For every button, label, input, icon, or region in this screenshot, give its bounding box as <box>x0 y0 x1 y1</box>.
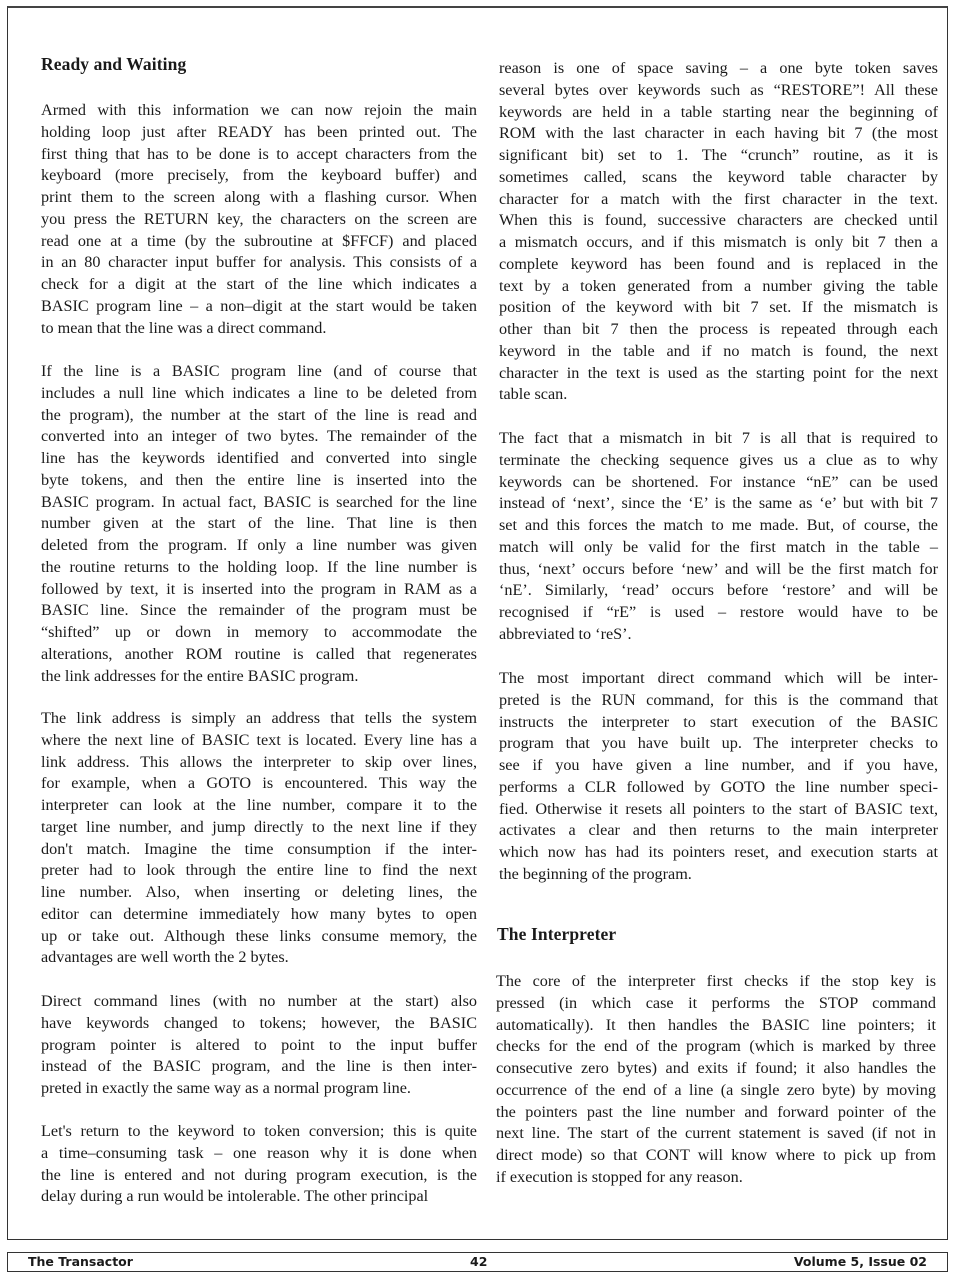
text-line: don't match. Imagine the time consumptio… <box>41 839 477 861</box>
text-line: character in the text is used as the sta… <box>499 363 938 385</box>
text-line: converted into an integer of two bytes. … <box>41 426 477 448</box>
text-line: includes a null line which indicates a l… <box>41 383 477 405</box>
text-line: followed by text, it is inserted into th… <box>41 579 477 601</box>
text-line: preted in exactly the same way as a norm… <box>41 1078 477 1100</box>
text-line: checks for the end of the program (which… <box>496 1036 936 1058</box>
text-line: first thing that has to be done is to ac… <box>41 144 477 166</box>
text-line: the link addresses for the entire BASIC … <box>41 666 477 688</box>
text-line: keywords are held in a table starting ne… <box>499 102 938 124</box>
text-line: next line. The start of the current stat… <box>496 1123 936 1145</box>
text-line: BASIC line. Since the remainder of the p… <box>41 600 477 622</box>
text-line: holding loop just after READY has been p… <box>41 122 477 144</box>
text-line: advantages are well worth the 2 bytes. <box>41 947 477 969</box>
text-line: automatically). It then handles the BASI… <box>496 1015 936 1037</box>
text-line: Let's return to the keyword to token con… <box>41 1121 477 1143</box>
text-line: complete keyword has been found and is r… <box>499 254 938 276</box>
text-line: match will only be valid for the first m… <box>499 537 938 559</box>
text-line: link address. This allows the interprete… <box>41 752 477 774</box>
footer-issue: Volume 5, Issue 02 <box>794 1254 927 1269</box>
text-line: interpreter can look at the line number,… <box>41 795 477 817</box>
text-line: Armed with this information we can now r… <box>41 100 477 122</box>
paragraph: If the line is a BASIC program line (and… <box>41 361 477 687</box>
text-line: The link address is simply an address th… <box>41 708 477 730</box>
section-heading-ready-and-waiting: Ready and Waiting <box>41 54 186 75</box>
text-line: print them to the screen along with a fl… <box>41 187 477 209</box>
text-line: a time–consuming task – one reason why i… <box>41 1143 477 1165</box>
text-line: which now has had its pointers reset, an… <box>499 842 938 864</box>
text-line: alterations, another ROM routine is call… <box>41 644 477 666</box>
text-line: delay during a run would be intolerable.… <box>41 1186 477 1208</box>
paragraph: The core of the interpreter first checks… <box>496 971 936 1189</box>
text-line: see if you have given a line number, and… <box>499 755 938 777</box>
text-line: where the next line of BASIC text is loc… <box>41 730 477 752</box>
text-line: activates a clear and then returns to th… <box>499 820 938 842</box>
paragraph: The most important direct command which … <box>499 668 938 886</box>
text-line: check for a digit at the start of the li… <box>41 274 477 296</box>
text-line: the pointers past the line number and fo… <box>496 1102 936 1124</box>
footer-page-number: 42 <box>470 1254 487 1269</box>
paragraph: The link address is simply an address th… <box>41 708 477 969</box>
text-line: performs a CLR followed by GOTO the line… <box>499 777 938 799</box>
text-line: read one at a time (by the subroutine at… <box>41 231 477 253</box>
text-line: consecutive zero bytes) and exits if fou… <box>496 1058 936 1080</box>
text-line: reason is one of space saving – a one by… <box>499 58 938 80</box>
text-line: When this is found, successive character… <box>499 210 938 232</box>
text-line: you press the RETURN key, the characters… <box>41 209 477 231</box>
text-line: deleted from the program. If only a line… <box>41 535 477 557</box>
text-line: keyboard (more precisely, from the keybo… <box>41 165 477 187</box>
text-line: the beginning of the program. <box>499 864 938 886</box>
text-line: If the line is a BASIC program line (and… <box>41 361 477 383</box>
text-line: position of the keyword with bit 7 set. … <box>499 297 938 319</box>
text-line: direct mode) so that CONT will know wher… <box>496 1145 936 1167</box>
text-line: significant bit) set to 1. The “crunch” … <box>499 145 938 167</box>
text-line: line has the keywords identified and con… <box>41 448 477 470</box>
paragraph: reason is one of space saving – a one by… <box>499 58 938 406</box>
text-line: up or take out. Although these links con… <box>41 926 477 948</box>
text-line: The fact that a mismatch in bit 7 is all… <box>499 428 938 450</box>
text-line: other than bit 7 then the process is rep… <box>499 319 938 341</box>
page-footer: The Transactor 42 Volume 5, Issue 02 <box>7 1252 948 1272</box>
text-line: if execution is stopped for any reason. <box>496 1167 936 1189</box>
text-line: program pointer is altered to point to t… <box>41 1035 477 1057</box>
text-line: text by a token generated from a number … <box>499 276 938 298</box>
text-line: set and this forces the match to me made… <box>499 515 938 537</box>
text-line: in an 80 character input buffer for anal… <box>41 252 477 274</box>
text-line: BASIC program. In actual fact, BASIC is … <box>41 492 477 514</box>
text-line: the routine returns to the holding loop.… <box>41 557 477 579</box>
text-line: ROM with the last character in each havi… <box>499 123 938 145</box>
text-line: byte tokens, and then the entire line is… <box>41 470 477 492</box>
text-line: the program), the number at the start of… <box>41 405 477 427</box>
text-line: The most important direct command which … <box>499 668 938 690</box>
paragraph: Armed with this information we can now r… <box>41 100 477 339</box>
text-line: line number. Also, when inserting or del… <box>41 882 477 904</box>
paragraph: The fact that a mismatch in bit 7 is all… <box>499 428 938 646</box>
text-line: program that you have built up. The inte… <box>499 733 938 755</box>
text-line: abbreviated to ‘reS’. <box>499 624 938 646</box>
text-line: keyword in the table and if no match is … <box>499 341 938 363</box>
text-line: preted is the RUN command, for this is t… <box>499 690 938 712</box>
text-line: Direct command lines (with no number at … <box>41 991 477 1013</box>
text-line: pressed (in which case it performs the S… <box>496 993 936 1015</box>
text-line: BASIC program line – a non–digit at the … <box>41 296 477 318</box>
text-line: target line number, and jump directly to… <box>41 817 477 839</box>
text-line: editor can determine immediately how man… <box>41 904 477 926</box>
text-line: a mismatch occurs, and if this mismatch … <box>499 232 938 254</box>
text-line: for example, when a GOTO is encountered.… <box>41 773 477 795</box>
text-line: have keywords changed to tokens; however… <box>41 1013 477 1035</box>
text-line: instructs the interpreter to start execu… <box>499 712 938 734</box>
paragraph: Let's return to the keyword to token con… <box>41 1121 477 1208</box>
page-frame: Ready and Waiting Armed with this inform… <box>7 6 948 1240</box>
text-line: terminate the checking sequence gives us… <box>499 450 938 472</box>
text-line: ‘nE’. Similarly, ‘read’ occurs before ‘r… <box>499 580 938 602</box>
text-line: number given at the start of the line. T… <box>41 513 477 535</box>
paragraph: Direct command lines (with no number at … <box>41 991 477 1100</box>
text-line: thus, ‘next’ occurs before ‘new’ and wil… <box>499 559 938 581</box>
text-line: keywords can be shortened. For instance … <box>499 472 938 494</box>
text-line: instead of the BASIC program, and the li… <box>41 1056 477 1078</box>
text-line: “shifted” up or down in memory to accomm… <box>41 622 477 644</box>
text-line: the line is entered and not during progr… <box>41 1165 477 1187</box>
text-line: preter had to look through the entire li… <box>41 860 477 882</box>
text-line: table scan. <box>499 384 938 406</box>
footer-publication: The Transactor <box>28 1254 133 1269</box>
section-heading-the-interpreter: The Interpreter <box>497 924 616 945</box>
text-line: fied. Otherwise it resets all pointers t… <box>499 799 938 821</box>
text-line: character for a match with the first cha… <box>499 189 938 211</box>
text-line: several bytes over keywords such as “RES… <box>499 80 938 102</box>
text-line: The core of the interpreter first checks… <box>496 971 936 993</box>
text-line: recognised if “rE” is used – restore wou… <box>499 602 938 624</box>
text-line: to mean that the line was a direct comma… <box>41 318 477 340</box>
text-line: occurrence of the end of a line (a singl… <box>496 1080 936 1102</box>
text-line: sometimes called, scans the keyword tabl… <box>499 167 938 189</box>
text-line: instead of ‘next’, since the ‘E’ is the … <box>499 493 938 515</box>
